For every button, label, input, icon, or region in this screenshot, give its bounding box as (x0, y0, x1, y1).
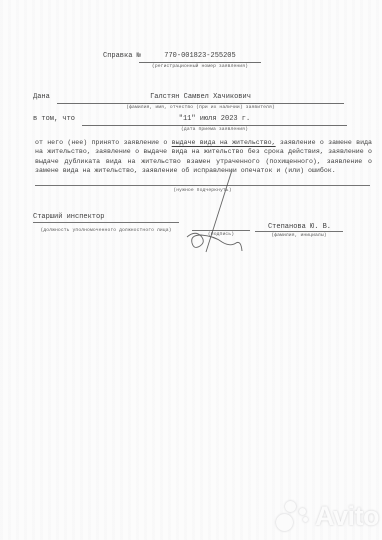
acceptance-date-value: "11" июля 2023 г. (82, 114, 347, 125)
applicant-name-field: Галстян Самвел Хачикович (57, 92, 344, 104)
officer-name-caption: (фамилия, инициалы) (255, 233, 343, 238)
avito-logo-icon (276, 499, 310, 533)
avito-watermark: Avito (276, 497, 379, 535)
avito-logo-circle-medium (285, 501, 296, 512)
avito-logo-circle-big (276, 514, 293, 531)
ref-number-field: 770-001823-255205 (139, 51, 261, 63)
handwritten-signature-stroke (180, 163, 260, 258)
ref-number-label: Справка № (103, 52, 141, 60)
scanned-certificate-page: Справка № 770-001823-255205 (регистрацио… (0, 0, 382, 540)
officer-name-value: Степанова Ю. В. (256, 223, 343, 231)
officer-name-line (255, 231, 343, 232)
body-text-underlined: выдаче вида на жительство, (172, 139, 276, 146)
applicant-name-value: Галстян Самвел Хачикович (57, 92, 344, 103)
applicant-name-caption: (фамилия, имя, отчество (при их наличии)… (57, 105, 344, 110)
acceptance-date-caption: (дата приема заявления) (82, 127, 347, 132)
ref-number-caption: (регистрационный номер заявления) (139, 64, 261, 69)
ref-number-value: 770-001823-255205 (139, 51, 261, 62)
avito-logo-circle-small (299, 508, 306, 515)
avito-logo-circle-tiny (303, 517, 308, 522)
position-caption: (должность уполномоченного должностного … (24, 228, 188, 233)
position-line (33, 222, 179, 223)
given-label: Дана (33, 93, 50, 101)
avito-watermark-text: Avito (315, 501, 379, 532)
position-value: Старший инспектор (33, 213, 104, 221)
that-label: в том, что (33, 115, 75, 123)
acceptance-date-field: "11" июля 2023 г. (82, 114, 347, 126)
body-text-pre: от него (нее) принято заявление о (35, 139, 172, 146)
